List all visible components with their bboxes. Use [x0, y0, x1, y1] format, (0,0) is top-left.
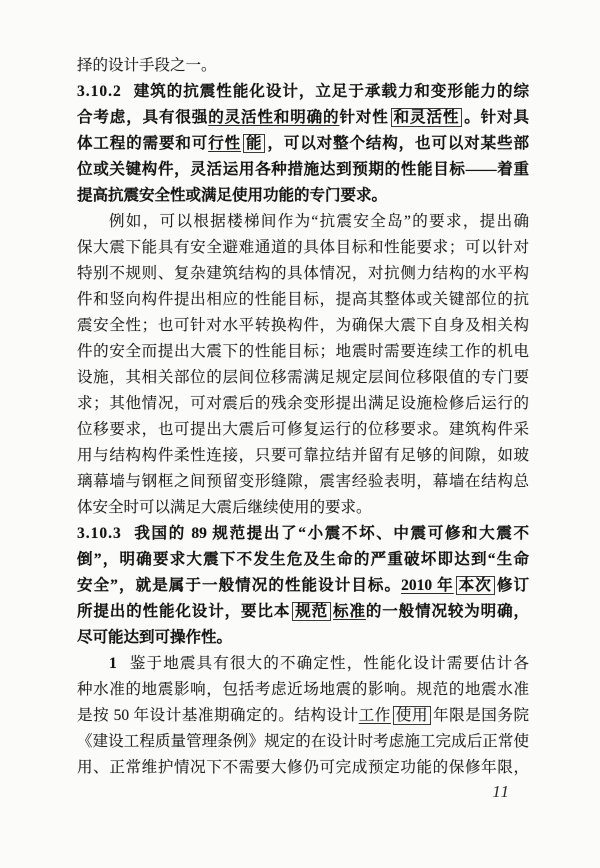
- text-segment: 设施，其相关部位的层间位移需满足规定层间位移限值的专门要: [77, 369, 529, 386]
- text-segment: 璃幕墙与钢框之间预留变形缝隙，震害经验表明，幕墙在结构总: [77, 473, 529, 490]
- text-line: 用、正常维护情况下不需要大修仍可完成预定功能的保修年限，: [77, 755, 529, 781]
- revision-inserted-text: 规范: [292, 602, 331, 621]
- revision-inserted-text: 能: [243, 134, 265, 153]
- text-line: 保大震下能具有安全避难通道的具体目标和性能要求；可以针对: [77, 235, 529, 261]
- text-segment: 鉴于地震具有很大的不确定性，性能化设计需要估计各: [129, 655, 529, 672]
- revision-deleted-text: 的灵活性和明确的: [208, 109, 339, 126]
- text-segment: 合考虑，具有很强: [77, 109, 208, 126]
- text-line: 例如，可以根据楼梯间作为“抗震安全岛”的要求，提出确: [77, 209, 529, 235]
- revision-deleted-text: 行性: [208, 135, 241, 152]
- text-line: 件的安全而提出大震下的性能目标；地震时需要连续工作的机电: [77, 339, 529, 365]
- text-segment: 用与结构构件柔性连接，只要可靠拉结并留有足够的间隙，如玻: [77, 447, 529, 464]
- text-segment: 求；其他情况，可对震后的残余变形提出满足设施检修后运行的: [77, 395, 529, 412]
- text-line: 体安全时可以满足大震后继续使用的要求。: [77, 495, 529, 521]
- text-segment: 所提出的性能化设计，要比本: [77, 603, 290, 620]
- text-segment: 尽可能达到可操作性。: [77, 629, 232, 646]
- revision-inserted-text: 本次: [456, 576, 495, 595]
- text-block: 择的设计手段之一。3.10.2建筑的抗震性能化设计，立足于承载力和变形能力的综合…: [77, 53, 529, 781]
- text-segment: 位移要求，也可提出大震后可修复运行的位移要求。建筑构件采: [77, 421, 529, 438]
- text-line: 震安全性；也可针对水平转换构件，为确保大震下自身及相关构: [77, 313, 529, 339]
- revision-inserted-text: 和灵活性: [391, 108, 463, 127]
- text-line: 1鉴于地震具有很大的不确定性，性能化设计需要估计各: [77, 651, 529, 677]
- text-line: 是按 50 年设计基准期确定的。结构设计工作使用年限是国务院: [77, 703, 529, 729]
- page-number: 11: [492, 782, 510, 802]
- text-line: 择的设计手段之一。: [77, 53, 529, 79]
- text-line: 设施，其相关部位的层间位移需满足规定层间位移限值的专门要: [77, 365, 529, 391]
- text-line: 用与结构构件柔性连接，只要可靠拉结并留有足够的间隙，如玻: [77, 443, 529, 469]
- text-line: 安全”，就是属于一般情况的性能设计目标。2010 年本次修订: [77, 573, 529, 599]
- text-segment: 件的安全而提出大震下的性能目标；地震时需要连续工作的机电: [77, 343, 529, 360]
- text-segment: 提高抗震安全性或满足使用功能的专门要求。: [77, 187, 387, 204]
- text-segment: 是按 50 年设计基准期确定的。结构设计: [77, 707, 359, 724]
- text-line: 合考虑，具有很强的灵活性和明确的针对性和灵活性。针对具: [77, 105, 529, 131]
- text-line: 求；其他情况，可对震后的残余变形提出满足设施检修后运行的: [77, 391, 529, 417]
- text-line: 种水准的地震影响，包括考虑近场地震的影响。规范的地震水准: [77, 677, 529, 703]
- text-segment: 倒”，明确要求大震下不发生危及生命的严重破坏即达到“生命: [77, 551, 529, 568]
- text-segment: 择的设计手段之一。: [77, 57, 217, 74]
- revision-deleted-text: 标准: [333, 603, 366, 620]
- text-segment: 位或关键构件，灵活运用各种措施达到预期的性能目标——着重: [77, 161, 529, 178]
- text-segment: 件和竖向构件提出相应的性能目标，提高其整体或关键部位的抗: [77, 291, 529, 308]
- text-line: 特别不规则、复杂建筑结构的具体情况，对抗侧力结构的水平构: [77, 261, 529, 287]
- text-segment: 年限是国务院: [433, 707, 529, 724]
- text-line: 《建设工程质量管理条例》规定的在设计时考虑施工完成后正常使: [77, 729, 529, 755]
- text-line: 璃幕墙与钢框之间预留变形缝隙，震害经验表明，幕墙在结构总: [77, 469, 529, 495]
- text-segment: 例如，可以根据楼梯间作为“抗震安全岛”的要求，提出确: [109, 213, 529, 230]
- text-line: 倒”，明确要求大震下不发生危及生命的严重破坏即达到“生命: [77, 547, 529, 573]
- text-segment: 建筑的抗震性能化设计，立足于承载力和变形能力的综: [133, 83, 529, 100]
- text-segment: 保大震下能具有安全避难通道的具体目标和性能要求；可以针对: [77, 239, 529, 256]
- text-line: 位或关键构件，灵活运用各种措施达到预期的性能目标——着重: [77, 157, 529, 183]
- text-segment: 安全”，就是属于一般情况的性能设计目标。: [77, 577, 401, 594]
- text-segment: 的一般情况较为明确，: [366, 603, 529, 620]
- text-segment: 震安全性；也可针对水平转换构件，为确保大震下自身及相关构: [77, 317, 529, 334]
- revision-deleted-text: 工作: [359, 707, 391, 724]
- text-line: 3.10.2建筑的抗震性能化设计，立足于承载力和变形能力的综: [77, 79, 529, 105]
- text-segment: 修订: [497, 577, 529, 594]
- text-segment: 。针对具: [464, 109, 529, 126]
- text-line: 位移要求，也可提出大震后可修复运行的位移要求。建筑构件采: [77, 417, 529, 443]
- clause-number: 3.10.3: [77, 525, 122, 542]
- text-segment: 针对性: [339, 109, 388, 126]
- text-line: 提高抗震安全性或满足使用功能的专门要求。: [77, 183, 529, 209]
- clause-number: 3.10.2: [77, 83, 122, 100]
- text-line: 所提出的性能化设计，要比本规范标准的一般情况较为明确，: [77, 599, 529, 625]
- revision-inserted-text: 使用: [393, 706, 431, 725]
- text-segment: 《建设工程质量管理条例》规定的在设计时考虑施工完成后正常使: [77, 733, 529, 750]
- text-line: 件和竖向构件提出相应的性能目标，提高其整体或关键部位的抗: [77, 287, 529, 313]
- text-line: 尽可能达到可操作性。: [77, 625, 529, 651]
- text-segment: 特别不规则、复杂建筑结构的具体情况，对抗侧力结构的水平构: [77, 265, 529, 282]
- revision-deleted-text: 2010 年: [401, 577, 454, 594]
- text-line: 3.10.3我国的 89 规范提出了“小震不坏、中震可修和大震不: [77, 521, 529, 547]
- text-segment: 体安全时可以满足大震后继续使用的要求。: [77, 499, 372, 516]
- text-segment: 用、正常维护情况下不需要大修仍可完成预定功能的保修年限，: [77, 759, 529, 776]
- text-segment: ，可以对整个结构，也可以对某些部: [267, 135, 529, 152]
- text-segment: 种水准的地震影响，包括考虑近场地震的影响。规范的地震水准: [77, 681, 529, 698]
- text-segment: 体工程的需要和可: [77, 135, 208, 152]
- clause-number: 1: [109, 655, 118, 672]
- document-page: 择的设计手段之一。3.10.2建筑的抗震性能化设计，立足于承载力和变形能力的综合…: [0, 0, 600, 868]
- text-segment: 我国的 89 规范提出了“小震不坏、中震可修和大震不: [133, 525, 529, 542]
- text-line: 体工程的需要和可行性能，可以对整个结构，也可以对某些部: [77, 131, 529, 157]
